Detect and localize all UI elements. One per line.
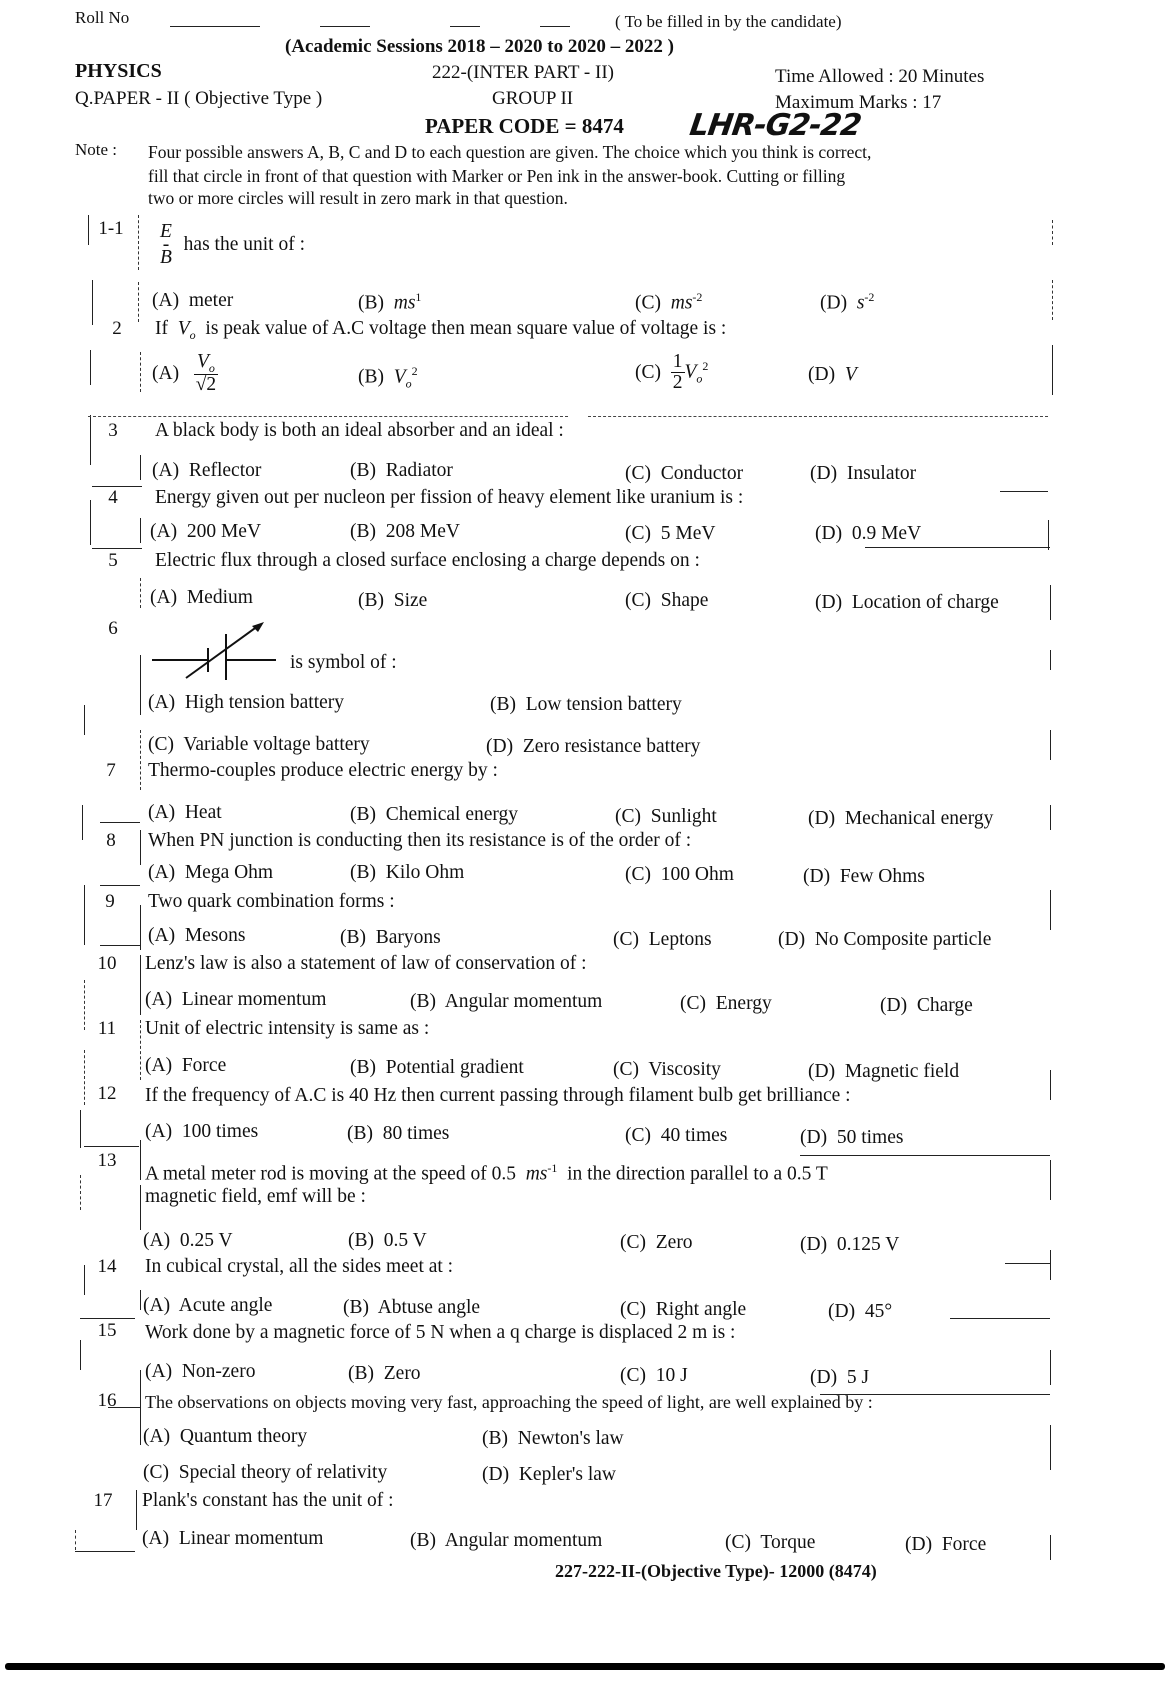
- question-13-option-b[interactable]: (B) 0.5 V: [348, 1230, 427, 1252]
- question-5-option-c[interactable]: (C) Shape: [625, 590, 708, 612]
- question-1-option-d[interactable]: (D) s-2: [820, 290, 874, 315]
- paper-code: PAPER CODE = 8474: [425, 114, 624, 139]
- question-6-stem: is symbol of :: [290, 652, 397, 674]
- question-16-stem: The observations on objects moving very …: [145, 1392, 873, 1413]
- question-number: 11: [92, 1018, 122, 1040]
- question-10-option-a[interactable]: (A) Linear momentum: [145, 989, 326, 1011]
- question-number: 2: [102, 318, 132, 340]
- question-11-option-b[interactable]: (B) Potential gradient: [350, 1057, 524, 1079]
- question-15-option-a[interactable]: (A) Non-zero: [145, 1361, 255, 1383]
- question-8-option-d[interactable]: (D) Few Ohms: [803, 866, 925, 888]
- question-13-stem-line-2: magnetic field, emf will be :: [145, 1186, 366, 1208]
- question-15-option-d[interactable]: (D) 5 J: [810, 1367, 869, 1389]
- question-6-option-b[interactable]: (B) Low tension battery: [490, 694, 682, 716]
- question-4-option-d[interactable]: (D) 0.9 MeV: [815, 523, 921, 545]
- question-11-option-a[interactable]: (A) Force: [145, 1055, 226, 1077]
- question-12-stem: If the frequency of A.C is 40 Hz then cu…: [145, 1085, 851, 1107]
- question-8-option-b[interactable]: (B) Kilo Ohm: [350, 862, 464, 884]
- question-2-option-b[interactable]: (B) Vo2: [358, 364, 418, 391]
- question-1-stem: E-B has the unit of :: [158, 222, 305, 269]
- question-number: 3: [98, 420, 128, 442]
- question-16-option-a[interactable]: (A) Quantum theory: [143, 1426, 307, 1448]
- note-line-3: two or more circles will result in zero …: [148, 188, 568, 209]
- question-7-option-d[interactable]: (D) Mechanical energy: [808, 808, 993, 830]
- question-number: 12: [92, 1083, 122, 1105]
- question-13-option-a[interactable]: (A) 0.25 V: [143, 1230, 233, 1252]
- question-number: 5: [98, 550, 128, 572]
- paper-type: Q.PAPER - II ( Objective Type ): [75, 88, 322, 110]
- question-3-option-c[interactable]: (C) Conductor: [625, 463, 743, 485]
- handwritten-tag: LHR-G2-22: [688, 108, 863, 143]
- question-8-option-a[interactable]: (A) Mega Ohm: [148, 862, 273, 884]
- question-11-stem: Unit of electric intensity is same as :: [145, 1018, 429, 1040]
- variable-battery-symbol-icon: [148, 620, 283, 680]
- question-16-option-d[interactable]: (D) Kepler's law: [482, 1464, 616, 1486]
- question-4-option-a[interactable]: (A) 200 MeV: [150, 521, 261, 543]
- question-10-option-c[interactable]: (C) Energy: [680, 993, 772, 1015]
- question-12-option-d[interactable]: (D) 50 times: [800, 1127, 903, 1149]
- question-10-option-d[interactable]: (D) Charge: [880, 995, 973, 1017]
- question-number: 17: [88, 1490, 118, 1512]
- question-7-option-b[interactable]: (B) Chemical energy: [350, 804, 518, 826]
- question-3-option-b[interactable]: (B) Radiator: [350, 460, 453, 482]
- question-2-option-c[interactable]: (C) 12Vo2: [635, 352, 708, 394]
- note-line-2: fill that circle in front of that questi…: [148, 166, 845, 187]
- question-3-option-a[interactable]: (A) Reflector: [152, 460, 261, 482]
- group-label: GROUP II: [492, 88, 573, 110]
- question-number: 7: [96, 760, 126, 782]
- subject-title: PHYSICS: [75, 60, 162, 83]
- question-8-option-c[interactable]: (C) 100 Ohm: [625, 864, 734, 886]
- fill-note: ( To be filled in by the candidate): [615, 12, 842, 32]
- question-number: 13: [92, 1150, 122, 1172]
- question-17-option-d[interactable]: (D) Force: [905, 1534, 986, 1556]
- question-17-stem: Plank's constant has the unit of :: [142, 1490, 394, 1512]
- question-1-option-a[interactable]: (A) meter: [152, 290, 233, 312]
- question-9-option-b[interactable]: (B) Baryons: [340, 927, 441, 949]
- question-5-option-d[interactable]: (D) Location of charge: [815, 592, 999, 614]
- question-5-option-b[interactable]: (B) Size: [358, 590, 427, 612]
- note-line-1: Four possible answers A, B, C and D to e…: [148, 142, 871, 163]
- question-10-option-b[interactable]: (B) Angular momentum: [410, 991, 602, 1013]
- question-5-stem: Electric flux through a closed surface e…: [155, 550, 700, 572]
- question-1-option-b[interactable]: (B) ms1: [358, 290, 421, 315]
- question-6-option-c[interactable]: (C) Variable voltage battery: [148, 734, 370, 756]
- question-2-option-d[interactable]: (D) V: [808, 364, 857, 386]
- question-9-option-a[interactable]: (A) Mesons: [148, 925, 246, 947]
- question-number: 4: [98, 487, 128, 509]
- question-2-stem: If Vo is peak value of A.C voltage then …: [155, 318, 726, 343]
- question-14-option-a[interactable]: (A) Acute angle: [143, 1295, 272, 1317]
- question-13-option-d[interactable]: (D) 0.125 V: [800, 1234, 899, 1256]
- question-number: 15: [92, 1320, 122, 1342]
- question-17-option-a[interactable]: (A) Linear momentum: [142, 1528, 323, 1550]
- question-12-option-b[interactable]: (B) 80 times: [347, 1123, 449, 1145]
- question-17-option-c[interactable]: (C) Torque: [725, 1532, 815, 1554]
- question-7-stem: Thermo-couples produce electric energy b…: [148, 760, 498, 782]
- question-14-option-b[interactable]: (B) Abtuse angle: [343, 1297, 480, 1319]
- question-15-option-c[interactable]: (C) 10 J: [620, 1365, 688, 1387]
- question-14-stem: In cubical crystal, all the sides meet a…: [145, 1256, 453, 1278]
- question-5-option-a[interactable]: (A) Medium: [150, 587, 253, 609]
- question-15-stem: Work done by a magnetic force of 5 N whe…: [145, 1322, 735, 1344]
- question-10-stem: Lenz's law is also a statement of law of…: [145, 953, 587, 975]
- question-number: 16: [92, 1390, 122, 1412]
- question-7-option-a[interactable]: (A) Heat: [148, 802, 222, 824]
- question-9-stem: Two quark combination forms :: [148, 891, 395, 913]
- question-2-option-a[interactable]: (A) Vo√2: [152, 352, 218, 396]
- question-1-option-c[interactable]: (C) ms-2: [635, 290, 702, 315]
- note-label: Note :: [75, 140, 117, 160]
- question-14-option-d[interactable]: (D) 45°: [828, 1301, 892, 1323]
- roll-no-field[interactable]: [160, 14, 590, 32]
- footer-code: 227-222-II-(Objective Type)- 12000 (8474…: [555, 1561, 877, 1582]
- question-11-option-d[interactable]: (D) Magnetic field: [808, 1061, 959, 1083]
- paper-number: 222-(INTER PART - II): [432, 62, 614, 84]
- question-3-option-d[interactable]: (D) Insulator: [810, 463, 916, 485]
- question-number: 10: [92, 953, 122, 975]
- question-6-option-d[interactable]: (D) Zero resistance battery: [486, 736, 700, 758]
- question-15-option-b[interactable]: (B) Zero: [348, 1363, 421, 1385]
- page-bottom-border: [5, 1663, 1165, 1670]
- question-9-option-c[interactable]: (C) Leptons: [613, 929, 712, 951]
- question-13-option-c[interactable]: (C) Zero: [620, 1232, 693, 1254]
- e-over-b-fraction: E-B: [158, 222, 174, 269]
- question-12-option-a[interactable]: (A) 100 times: [145, 1121, 258, 1143]
- question-9-option-d[interactable]: (D) No Composite particle: [778, 929, 991, 951]
- question-17-option-b[interactable]: (B) Angular momentum: [410, 1530, 602, 1552]
- question-number: 1-1: [96, 218, 126, 240]
- question-11-option-c[interactable]: (C) Viscosity: [613, 1059, 721, 1081]
- question-3-stem: A black body is both an ideal absorber a…: [155, 420, 564, 442]
- roll-no-label: Roll No: [75, 8, 129, 28]
- question-4-option-b[interactable]: (B) 208 MeV: [350, 521, 460, 543]
- time-allowed: Time Allowed : 20 Minutes: [775, 66, 984, 88]
- question-number: 9: [95, 891, 125, 913]
- question-number: 6: [98, 618, 128, 640]
- question-number: 8: [96, 830, 126, 852]
- question-4-option-c[interactable]: (C) 5 MeV: [625, 523, 715, 545]
- question-13-stem-line-1: A metal meter rod is moving at the speed…: [145, 1161, 828, 1186]
- question-16-option-b[interactable]: (B) Newton's law: [482, 1428, 624, 1450]
- question-8-stem: When PN junction is conducting then its …: [148, 830, 691, 852]
- academic-sessions: (Academic Sessions 2018 – 2020 to 2020 –…: [285, 36, 674, 58]
- question-14-option-c[interactable]: (C) Right angle: [620, 1299, 746, 1321]
- question-16-option-c[interactable]: (C) Special theory of relativity: [143, 1462, 387, 1484]
- question-7-option-c[interactable]: (C) Sunlight: [615, 806, 717, 828]
- question-6-option-a[interactable]: (A) High tension battery: [148, 692, 344, 714]
- question-12-option-c[interactable]: (C) 40 times: [625, 1125, 727, 1147]
- question-4-stem: Energy given out per nucleon per fission…: [155, 487, 743, 509]
- question-number: 14: [92, 1256, 122, 1278]
